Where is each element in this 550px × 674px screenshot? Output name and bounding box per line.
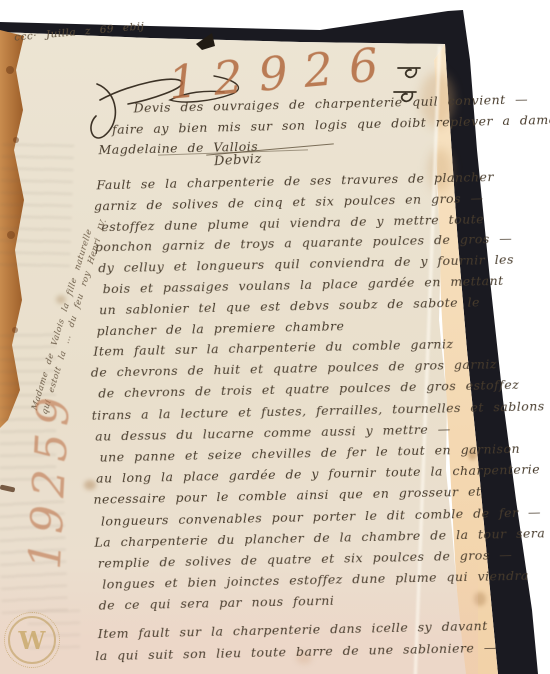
- intro-paragraph: Devis des ouvraiges de charpenterie quil…: [97, 89, 550, 161]
- paragraph-2: Item fault sur la charpenterie du comble…: [90, 331, 549, 616]
- watermark-letter: W: [19, 626, 46, 655]
- section-heading: Debviz: [214, 152, 263, 169]
- margin-red-number: 19259: [20, 388, 80, 570]
- manuscript-photo: ccc· Juilla z 69 ebij 12926 Devis des ou…: [0, 0, 550, 674]
- watermark-badge: W: [4, 612, 60, 668]
- paragraph-1: Fault se la charpenterie de ses travures…: [93, 167, 515, 342]
- paragraph-3: Item fault sur la charpenterie dans icel…: [95, 615, 497, 667]
- watermark-ring: W: [8, 616, 56, 664]
